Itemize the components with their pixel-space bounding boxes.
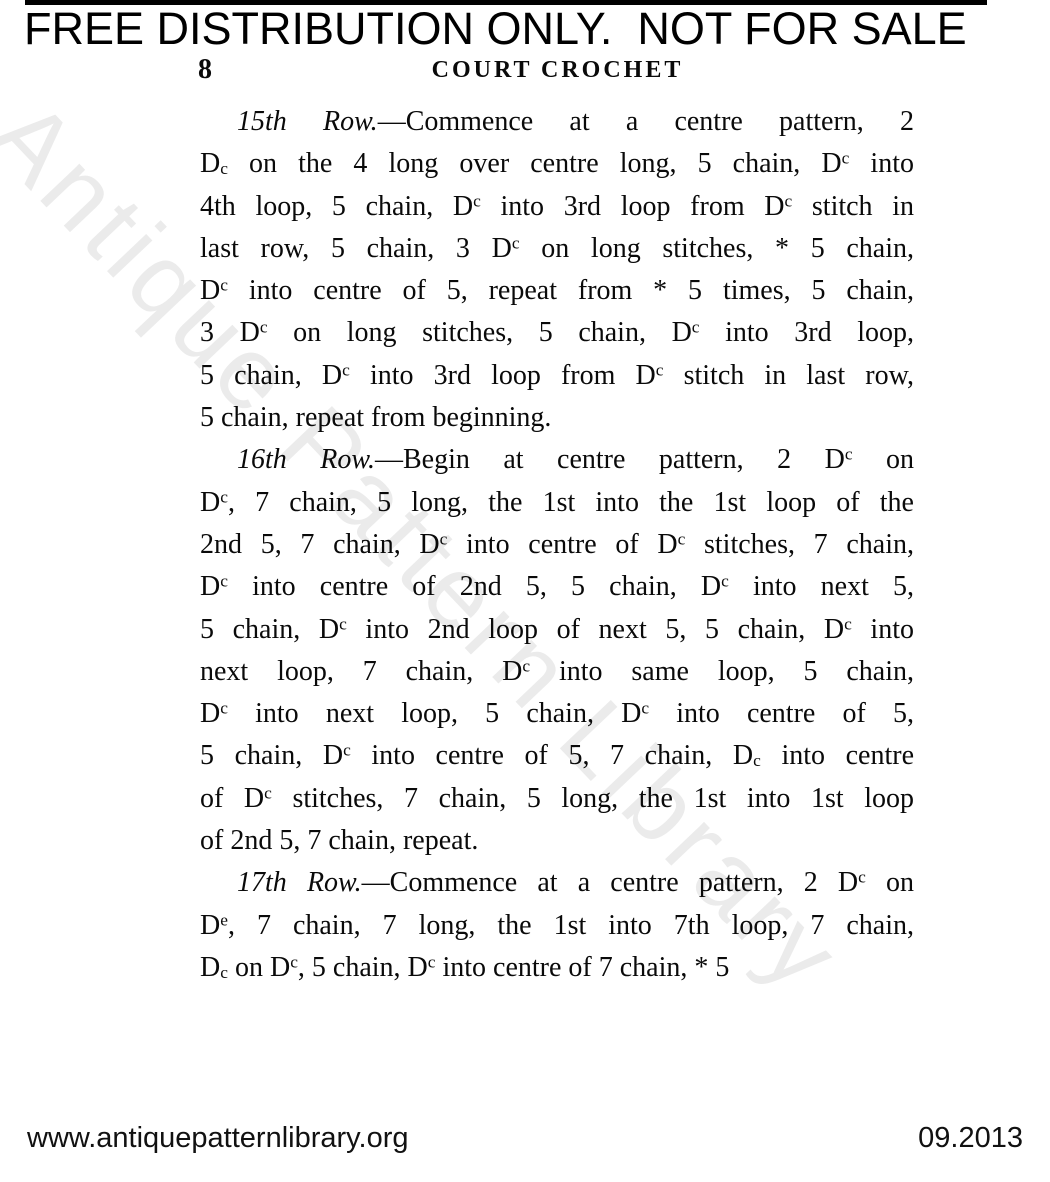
free-distribution-banner: FREE DISTRIBUTION ONLY. NOT FOR SALE <box>24 5 1026 53</box>
text-line: 5 chain, Dc into centre of 5, 7 chain, D… <box>200 735 914 777</box>
text-line: 5 chain, repeat from beginning. <box>200 397 914 439</box>
text-line: 16th Row.—Begin at centre pattern, 2 Dc … <box>200 439 914 481</box>
footer-date: 09.2013 <box>918 1122 1023 1155</box>
text-line: 2nd 5, 7 chain, Dc into centre of Dc sti… <box>200 524 914 566</box>
text-line: next loop, 7 chain, Dc into same loop, 5… <box>200 651 914 693</box>
text-line: 5 chain, Dc into 2nd loop of next 5, 5 c… <box>200 609 914 651</box>
text-line: 17th Row.—Commence at a centre pattern, … <box>200 862 914 904</box>
text-line: Dc on Dc, 5 chain, Dc into centre of 7 c… <box>200 947 914 989</box>
body-text-column: 15th Row.—Commence at a centre pattern, … <box>200 101 914 989</box>
text-line: Dc into centre of 5, repeat from * 5 tim… <box>200 270 914 312</box>
text-line: Dc into centre of 2nd 5, 5 chain, Dc int… <box>200 566 914 608</box>
page-header: 8 COURT CROCHET <box>0 54 1050 88</box>
text-line: 5 chain, Dc into 3rd loop from Dc stitch… <box>200 355 914 397</box>
footer-website: www.antiquepatternlibrary.org <box>27 1122 409 1155</box>
text-line: last row, 5 chain, 3 Dc on long stitches… <box>200 228 914 270</box>
paragraph-row-15: 15th Row.—Commence at a centre pattern, … <box>200 101 914 439</box>
page-title: COURT CROCHET <box>200 57 915 84</box>
text-line: 3 Dc on long stitches, 5 chain, Dc into … <box>200 312 914 354</box>
text-line: Dc on the 4 long over centre long, 5 cha… <box>200 143 914 185</box>
paragraph-row-17: 17th Row.—Commence at a centre pattern, … <box>200 862 914 989</box>
text-line: of Dc stitches, 7 chain, 5 long, the 1st… <box>200 778 914 820</box>
text-line: 4th loop, 5 chain, Dc into 3rd loop from… <box>200 186 914 228</box>
paragraph-row-16: 16th Row.—Begin at centre pattern, 2 Dc … <box>200 439 914 862</box>
text-line: Dc, 7 chain, 5 long, the 1st into the 1s… <box>200 482 914 524</box>
text-line: De, 7 chain, 7 long, the 1st into 7th lo… <box>200 905 914 947</box>
text-line: Dc into next loop, 5 chain, Dc into cent… <box>200 693 914 735</box>
text-line: 15th Row.—Commence at a centre pattern, … <box>200 101 914 143</box>
text-line: of 2nd 5, 7 chain, repeat. <box>200 820 914 862</box>
